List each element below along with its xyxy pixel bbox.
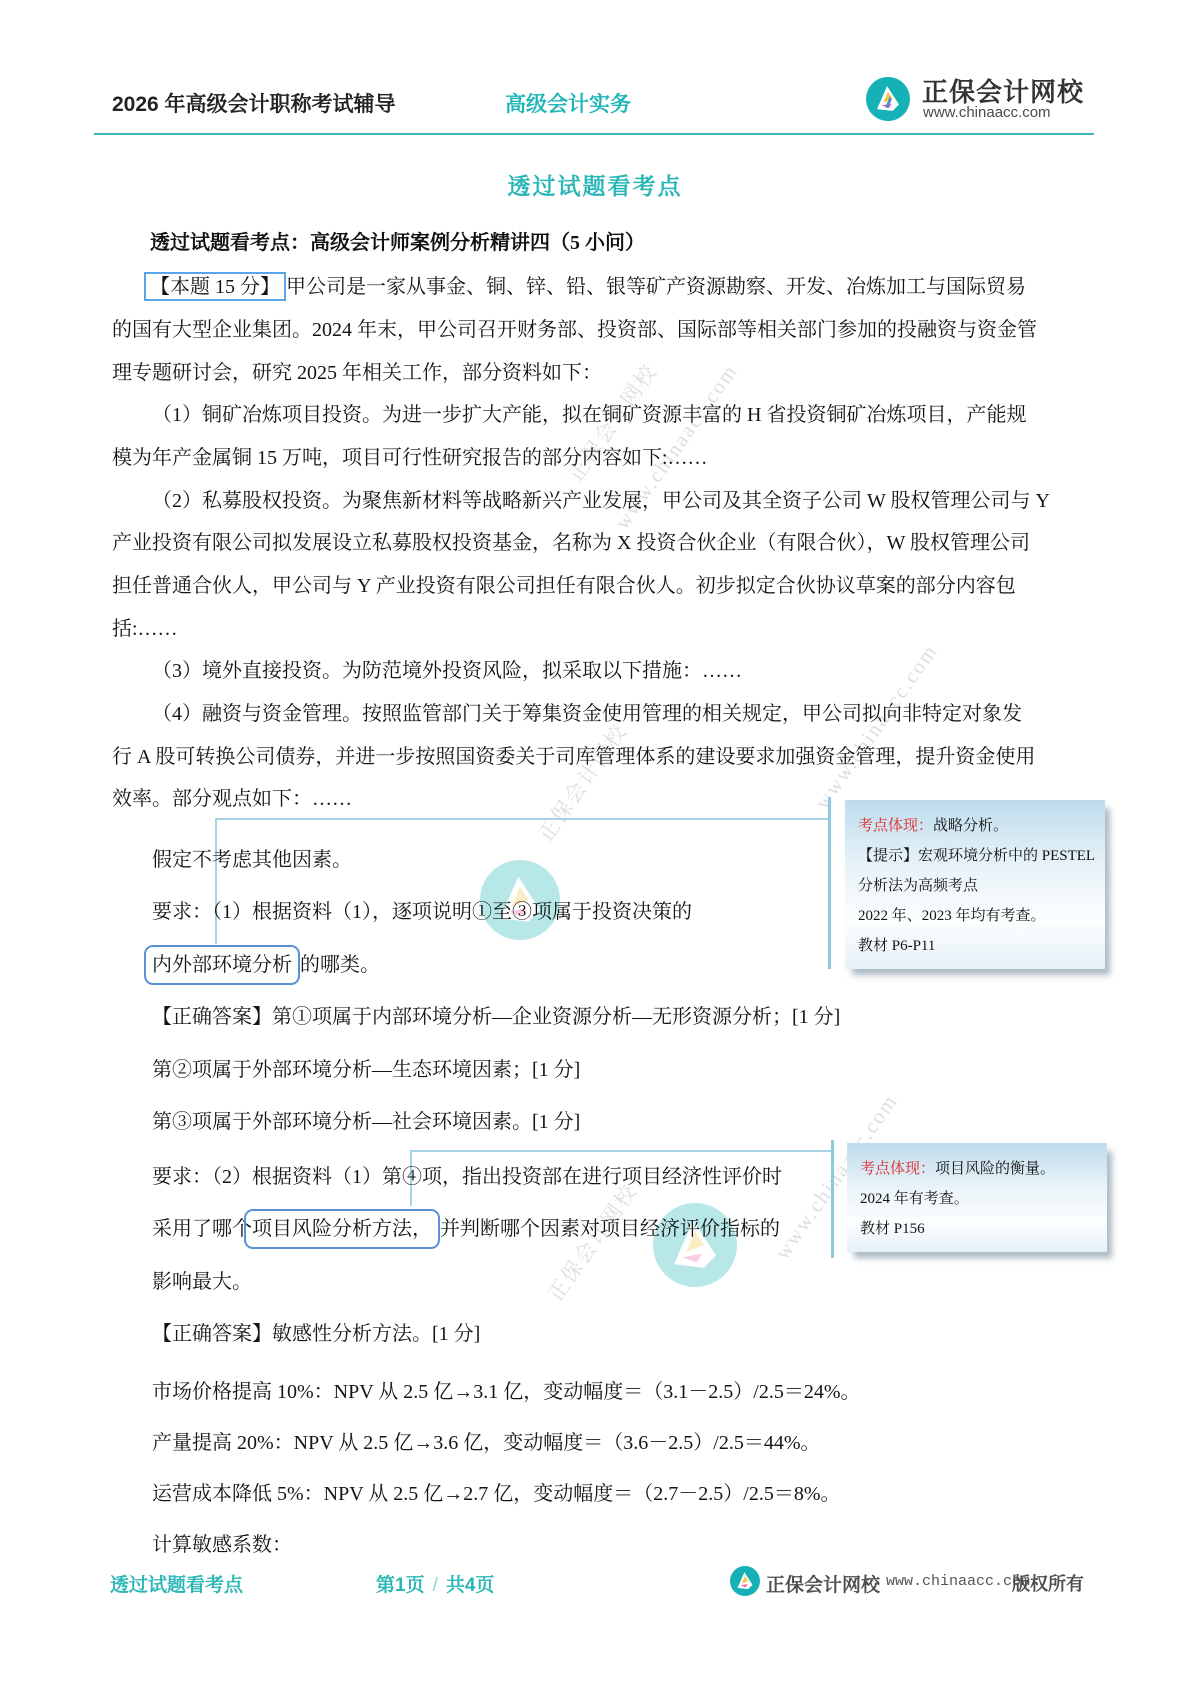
callout2-bracket <box>831 1140 834 1258</box>
npv-calculation-line: 运营成本降低 5%：NPV 从 2.5 亿→2.7 亿，变动幅度＝（2.7－2.… <box>152 1479 841 1509</box>
footer-page-total: 共4页 <box>446 1575 495 1596</box>
note-line: 教材 P6-P11 <box>858 931 1092 961</box>
answer-line: 第②项属于外部环境分析—生态环境因素；[1 分] <box>152 1055 580 1085</box>
callout1-bracket <box>828 797 831 969</box>
callout2-leader-horizontal <box>410 1150 833 1152</box>
page-title: 透过试题看考点 <box>0 168 1190 201</box>
question-line: 效率。部分观点如下：…… <box>112 784 352 814</box>
answer-line: 第③项属于外部环境分析—社会环境因素。[1 分] <box>152 1107 580 1137</box>
requirement-line: 内外部环境分析的哪类。 <box>152 950 380 980</box>
footer-page-indicator: 第1页/共4页 <box>376 1570 494 1597</box>
note-label: 考点体现： <box>858 818 933 834</box>
header-subject-title: 高级会计实务 <box>505 88 631 118</box>
note-line: 【提示】宏观环境分析中的 PESTEL <box>858 841 1092 871</box>
highlighted-phrase: 内外部环境分析 <box>144 945 300 985</box>
requirement-text: 并判断哪个因素对项目经济评价指标的 <box>440 1218 780 1240</box>
keypoint-note-box: 考点体现：项目风险的衡量。 2024 年有考查。 教材 P156 <box>847 1143 1107 1252</box>
calc-intro-line: 计算敏感系数： <box>152 1530 292 1560</box>
question-line: 产业投资有限公司拟发展设立私募股权投资基金，名称为 X 投资合伙企业（有限合伙）… <box>112 528 1030 558</box>
question-line: 行 A 股可转换公司债券，并进一步按照国资委关于司库管理体系的建设要求加强资金管… <box>112 742 1035 772</box>
answer-line: 【正确答案】第①项属于内部环境分析—企业资源分析—无形资源分析；[1 分] <box>152 1002 840 1032</box>
note-line: 2022 年、2023 年均有考查。 <box>858 901 1092 931</box>
note-line: 2024 年有考查。 <box>860 1184 1094 1214</box>
question-text: 甲公司是一家从事金、铜、锌、铅、银等矿产资源勘察、开发、冶炼加工与国际贸易 <box>286 276 1026 298</box>
footer-site-url: www.chinaacc.com <box>886 1573 1030 1590</box>
question-line: 的国有大型企业集团。2024 年末，甲公司召开财务部、投资部、国际部等相关部门参… <box>112 315 1037 345</box>
brand-logo-icon <box>866 77 910 121</box>
requirement-line: 采用了哪个项目风险分析方法，并判断哪个因素对项目经济评价指标的 <box>152 1214 780 1244</box>
keypoint-note-box: 考点体现：战略分析。 【提示】宏观环境分析中的 PESTEL 分析法为高频考点 … <box>845 800 1105 969</box>
requirement-text: 的哪类。 <box>300 954 380 976</box>
assumption-line: 假定不考虑其他因素。 <box>152 845 352 875</box>
npv-calculation-line: 市场价格提高 10%：NPV 从 2.5 亿→3.1 亿，变动幅度＝（3.1－2… <box>152 1377 861 1407</box>
callout1-leader-horizontal <box>215 818 830 820</box>
question-line: 理专题研讨会，研究 2025 年相关工作，部分资料如下： <box>112 358 602 388</box>
question-line: （4）融资与资金管理。按照监管部门关于筹集资金使用管理的相关规定，甲公司拟向非特… <box>152 699 1022 729</box>
question-line: （3）境外直接投资。为防范境外投资风险，拟采取以下措施：…… <box>152 656 742 686</box>
requirement-line: 要求：（2）根据资料（1）第④项，指出投资部在进行项目经济性评价时 <box>152 1162 782 1192</box>
footer-page-current: 第1页 <box>376 1575 425 1596</box>
footer-copyright: 版权所有 <box>1012 1570 1084 1596</box>
brand-site-url: www.chinaacc.com <box>923 104 1051 121</box>
requirement-text: 采用了哪个 <box>152 1218 252 1240</box>
note-line: 教材 P156 <box>860 1214 1094 1244</box>
question-line: 模为年产金属铜 15 万吨，项目可行性研究报告的部分内容如下:…… <box>112 443 708 473</box>
question-line: 括:…… <box>112 614 178 644</box>
requirement-line: 影响最大。 <box>152 1267 252 1297</box>
question-line: （2）私募股权投资。为聚焦新材料等战略新兴产业发展，甲公司及其全资子公司 W 股… <box>152 486 1050 516</box>
footer-section-title: 透过试题看考点 <box>110 1570 243 1597</box>
header-course-title: 2026 年高级会计职称考试辅导 <box>112 88 396 118</box>
watermark-brand-text: 正保会计网校 <box>530 717 634 847</box>
highlighted-phrase: 项目风险分析方法， <box>244 1209 440 1249</box>
note-topic-line: 考点体现：项目风险的衡量。 <box>860 1154 1094 1184</box>
document-page: 正保会计网校 www.chinaacc.com 正保会计网校 www.china… <box>0 0 1190 1683</box>
section-subtitle: 透过试题看考点：高级会计师案例分析精讲四（5 小问） <box>150 226 645 255</box>
footer-brand-name: 正保会计网校 <box>766 1570 880 1597</box>
question-line: 【本题 15 分】甲公司是一家从事金、铜、锌、铅、银等矿产资源勘察、开发、冶炼加… <box>150 272 1026 302</box>
note-topic: 项目风险的衡量。 <box>935 1161 1055 1177</box>
question-line: （1）铜矿冶炼项目投资。为进一步扩大产能，拟在铜矿资源丰富的 H 省投资铜矿冶炼… <box>152 400 1026 430</box>
note-label: 考点体现： <box>860 1161 935 1177</box>
note-line: 分析法为高频考点 <box>858 871 1092 901</box>
footer-page-separator: / <box>425 1575 446 1596</box>
footer-brand-logo-icon <box>730 1566 760 1596</box>
npv-calculation-line: 产量提高 20%：NPV 从 2.5 亿→3.6 亿，变动幅度＝（3.6－2.5… <box>152 1428 821 1458</box>
answer-line: 【正确答案】敏感性分析方法。[1 分] <box>152 1319 480 1349</box>
note-topic-line: 考点体现：战略分析。 <box>858 811 1092 841</box>
note-topic: 战略分析。 <box>933 818 1008 834</box>
requirement-line: 要求：（1）根据资料（1），逐项说明①至③项属于投资决策的 <box>152 897 692 927</box>
question-line: 担任普通合伙人，甲公司与 Y 产业投资有限公司担任有限合伙人。初步拟定合伙协议草… <box>112 571 1016 601</box>
header-divider <box>94 133 1094 135</box>
score-badge: 【本题 15 分】 <box>144 272 286 301</box>
